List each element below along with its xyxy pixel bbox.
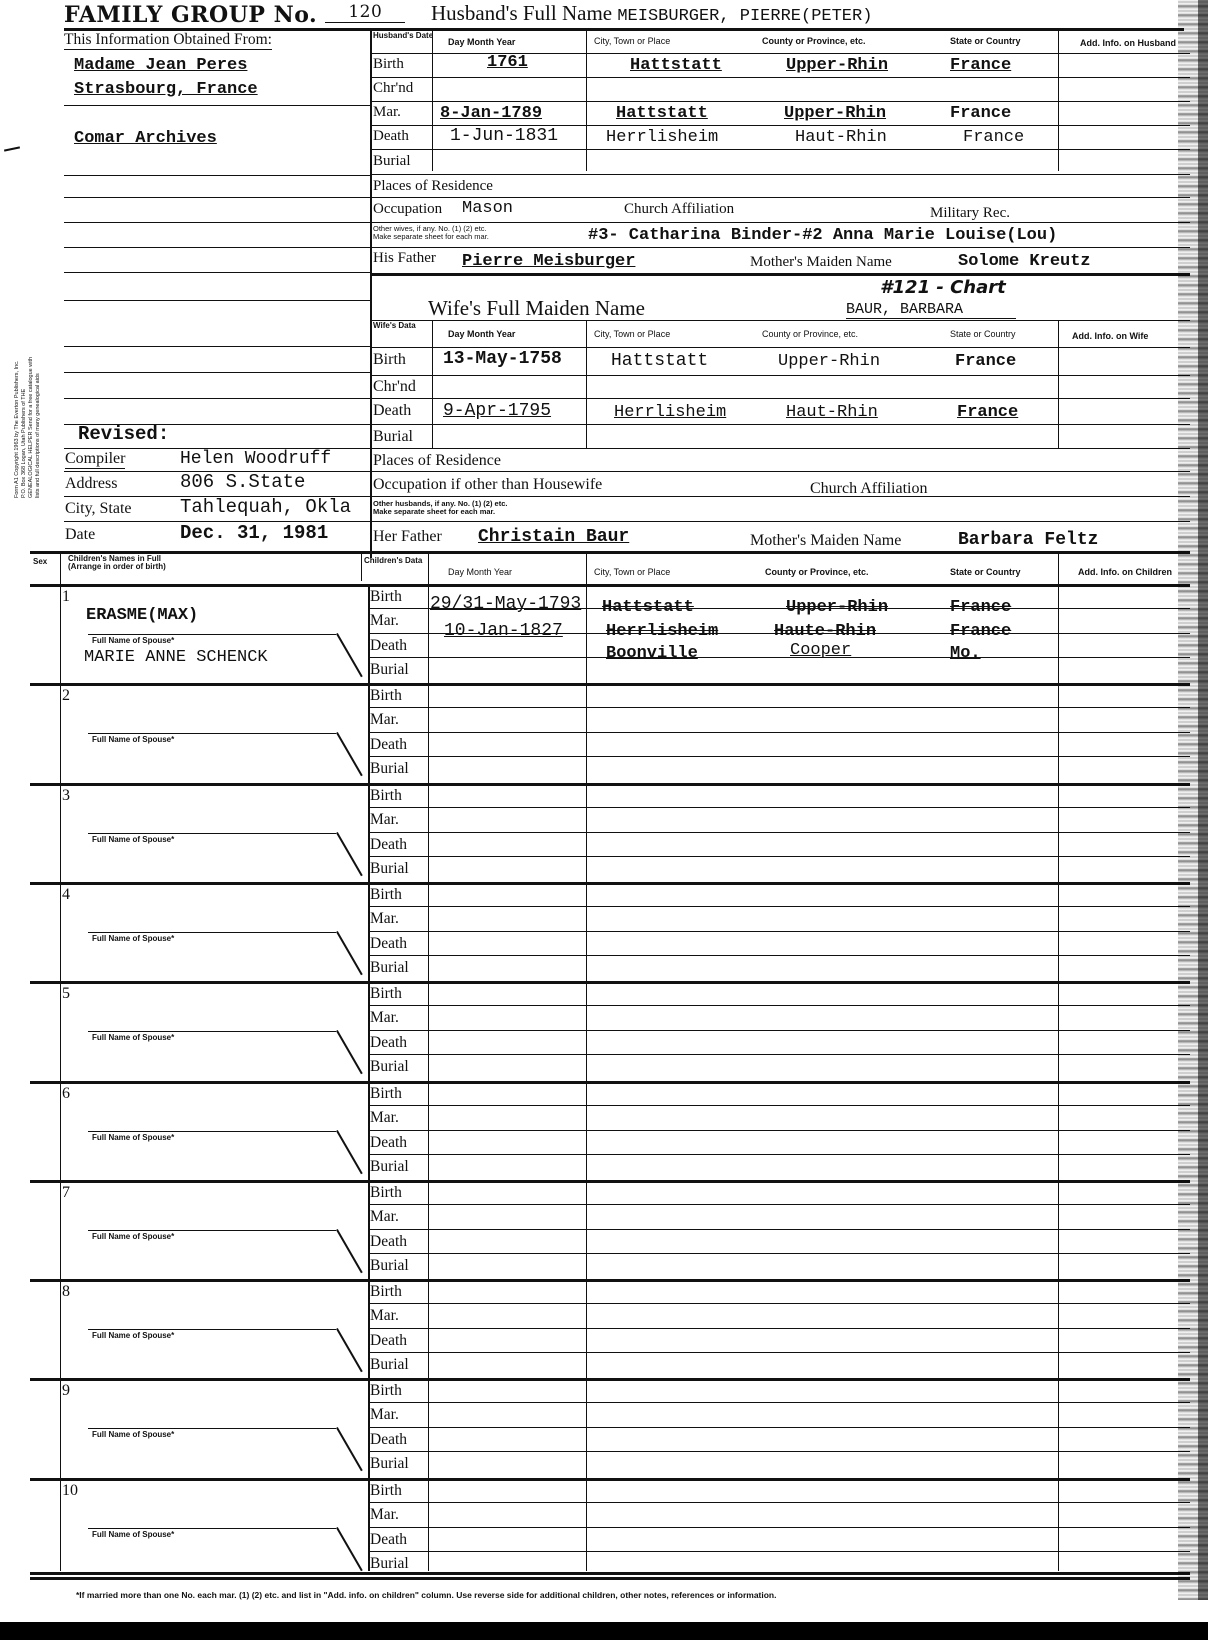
divider	[368, 707, 1190, 708]
childrens-date-header: Children's Data	[364, 557, 424, 565]
divider	[370, 222, 1190, 223]
day-month-year-header: Day Month Year	[448, 329, 515, 339]
city-header: City, Town or Place	[594, 36, 670, 46]
divider	[370, 320, 1190, 321]
copyright-line: GENEALOGICAL HELPER Send for a free cata…	[28, 357, 35, 498]
divider	[370, 174, 1190, 175]
footnote: *If married more than one No. each mar. …	[76, 1590, 776, 1600]
event-label: Burial	[370, 1555, 409, 1573]
divider	[64, 105, 370, 106]
child-birth-county[interactable]: Upper-Rhin	[786, 598, 888, 617]
spouse-label: Full Name of Spouse*	[92, 1233, 174, 1241]
divider	[370, 149, 1190, 150]
husband-name-label: Husband's Full Name	[431, 1, 612, 25]
divider	[30, 783, 1190, 786]
divider	[30, 1180, 1190, 1183]
spouse-line	[88, 1428, 336, 1429]
scan-border	[0, 1622, 1208, 1640]
copyright-line: lists and full descriptions of many gene…	[35, 357, 42, 498]
divider	[368, 931, 1190, 932]
revised-label: Revised:	[78, 423, 169, 445]
form-title-label: FAMILY GROUP No.	[64, 2, 317, 28]
child-number: 2	[62, 687, 70, 705]
his-father-value[interactable]: Pierre Meisburger	[462, 252, 635, 271]
spouse-label: Full Name of Spouse*	[92, 637, 174, 645]
state-header: State or Country	[950, 329, 1016, 339]
event-label: Burial	[370, 1058, 409, 1076]
copyright-line: Form A1 Copyright 1963 by The Everton Pu…	[14, 357, 21, 498]
spouse-line	[88, 1230, 336, 1231]
add-info-husband-header: Add. Info. on Husband	[1080, 38, 1180, 48]
child-birth-state[interactable]: France	[950, 598, 1011, 617]
other-husbands-label-line-2: Make separate sheet for each mar.	[373, 508, 507, 516]
spouse-label: Full Name of Spouse*	[92, 836, 174, 844]
state-header: State or Country	[950, 567, 1021, 577]
divider	[368, 1527, 1190, 1528]
husband-residence-label: Places of Residence	[373, 178, 493, 195]
event-label: Death	[370, 736, 407, 754]
event-label: Death	[370, 935, 407, 953]
her-mother-label: Mother's Maiden Name	[750, 532, 901, 550]
child-death-city[interactable]: Boonville	[606, 644, 698, 663]
husband-occupation-label: Occupation	[373, 201, 442, 218]
divider	[370, 247, 1190, 248]
child-spouse-name[interactable]: MARIE ANNE SCHENCK	[84, 648, 268, 667]
info-source-line-2[interactable]: Strasbourg, France	[74, 80, 258, 99]
spouse-label: Full Name of Spouse*	[92, 1531, 174, 1539]
event-label: Birth	[370, 985, 402, 1003]
copyright-line: P.O. Box 368 Logan, Utah Publishers of T…	[21, 357, 28, 498]
city-header: City, Town or Place	[594, 567, 670, 577]
husband-occupation-value[interactable]: Mason	[462, 199, 513, 218]
event-label: Birth	[370, 588, 402, 606]
event-label: Birth	[370, 1184, 402, 1202]
other-wives-label-line-2: Make separate sheet for each mar.	[373, 233, 489, 241]
spouse-line-diagonal	[336, 1030, 362, 1074]
child-death-state[interactable]: Mo.	[950, 644, 981, 663]
event-city[interactable]: Hattstatt	[630, 56, 722, 75]
child-number: 1	[62, 588, 70, 606]
event-county[interactable]: Haut-Rhin	[795, 128, 887, 147]
divider	[586, 320, 587, 448]
divider	[370, 424, 1190, 425]
event-label: Mar.	[370, 1109, 399, 1127]
divider	[370, 273, 1190, 276]
info-source-line-4[interactable]: Comar Archives	[74, 129, 217, 148]
husband-name-value[interactable]: MEISBURGER, PIERRE(PETER)	[617, 7, 872, 26]
divider	[432, 320, 433, 448]
divider	[370, 77, 1190, 78]
child-birth-city[interactable]: Hattstatt	[602, 598, 694, 617]
city-state-label: City, State	[65, 500, 132, 518]
child-marriage-county[interactable]: Haute-Rhin	[774, 622, 876, 641]
event-label: Burial	[370, 760, 409, 778]
divider	[368, 832, 1190, 833]
divider	[30, 1572, 1190, 1575]
children-names-header: Children's Names in Full (Arrange in ord…	[68, 555, 166, 571]
husband-military-label: Military Rec.	[930, 205, 1010, 222]
children-names-header-line-2: (Arrange in order of birth)	[68, 563, 166, 571]
divider	[368, 807, 1190, 808]
spouse-label: Full Name of Spouse*	[92, 736, 174, 744]
wife-residence-label: Places of Residence	[373, 452, 501, 470]
date-value[interactable]: Dec. 31, 1981	[180, 522, 328, 544]
county-header: County or Province, etc.	[765, 567, 869, 577]
spouse-line	[88, 1528, 336, 1529]
spouse-line	[88, 1131, 336, 1132]
event-label: Burial	[370, 661, 409, 679]
event-label: Birth	[370, 787, 402, 805]
event-label: Burial	[370, 1356, 409, 1374]
divider	[30, 683, 1190, 686]
divider	[368, 1427, 1190, 1428]
event-city[interactable]: Herrlisheim	[606, 128, 718, 147]
spouse-line-diagonal	[336, 633, 362, 677]
spouse-label: Full Name of Spouse*	[92, 1034, 174, 1042]
event-label: Mar.	[370, 811, 399, 829]
county-header: County or Province, etc.	[762, 36, 866, 46]
divider	[30, 551, 1190, 554]
divider	[368, 1054, 1190, 1055]
event-label: Birth	[370, 1482, 402, 1500]
divider	[368, 1005, 1190, 1006]
info-source-line-1[interactable]: Madame Jean Peres	[74, 56, 247, 75]
address-label: Address	[65, 475, 117, 493]
wifes-date-header: Wife's Data	[373, 322, 429, 330]
divider	[368, 1502, 1190, 1503]
divider	[368, 1253, 1190, 1254]
divider	[30, 1378, 1190, 1381]
divider	[368, 1328, 1190, 1329]
divider	[30, 1081, 1190, 1084]
add-info-children-header: Add. Info. on Children	[1078, 567, 1188, 577]
event-label: Chr'nd	[373, 378, 416, 396]
divider	[30, 882, 1190, 885]
event-label: Death	[370, 836, 407, 854]
divider	[1058, 320, 1059, 448]
event-date[interactable]: 13-May-1758	[443, 349, 562, 369]
divider	[368, 1229, 1190, 1230]
event-label: Birth	[373, 56, 404, 73]
event-label: Mar.	[370, 612, 399, 630]
event-county[interactable]: Haut-Rhin	[786, 403, 878, 422]
husband-church-label: Church Affiliation	[624, 201, 734, 218]
event-date[interactable]: 8-Jan-1789	[440, 104, 542, 123]
event-label: Birth	[370, 1085, 402, 1103]
day-month-year-header: Day Month Year	[448, 567, 512, 577]
divider	[30, 1478, 1190, 1481]
event-label: Mar.	[370, 1009, 399, 1027]
other-wives-value[interactable]: #3- Catharina Binder-#2 Anna Marie Louis…	[588, 226, 1057, 245]
divider	[368, 1154, 1190, 1155]
divider	[64, 247, 370, 248]
event-county[interactable]: Upper-Rhin	[778, 352, 880, 371]
event-label: Death	[370, 1431, 407, 1449]
child-marriage-date[interactable]: 10-Jan-1827	[444, 621, 563, 641]
spouse-line-diagonal	[336, 832, 362, 876]
event-label: Death	[370, 1233, 407, 1251]
event-label: Death	[373, 402, 411, 420]
city-header: City, Town or Place	[594, 329, 670, 339]
her-father-label: Her Father	[373, 528, 442, 546]
event-label: Mar.	[370, 910, 399, 928]
other-wives-label: Other wives, if any. No. (1) (2) etc. Ma…	[373, 225, 489, 241]
her-mother-value[interactable]: Barbara Feltz	[958, 530, 1098, 550]
divider	[368, 1402, 1190, 1403]
event-label: Mar.	[370, 711, 399, 729]
child-marriage-state[interactable]: France	[950, 622, 1011, 641]
copyright-notice: Form A1 Copyright 1963 by The Everton Pu…	[14, 498, 62, 748]
event-label: Burial	[373, 153, 411, 170]
child-number: 9	[62, 1382, 70, 1400]
divider	[361, 551, 362, 581]
event-label: Mar.	[370, 1506, 399, 1524]
divider	[64, 222, 370, 223]
event-label: Birth	[370, 886, 402, 904]
event-county[interactable]: Upper-Rhin	[786, 56, 888, 75]
event-label: Death	[370, 1034, 407, 1052]
event-label: Chr'nd	[373, 80, 413, 97]
his-mother-value[interactable]: Solome Kreutz	[958, 252, 1091, 271]
divider	[368, 756, 1190, 757]
divider	[30, 1577, 1190, 1580]
divider	[368, 1352, 1190, 1353]
his-father-label: His Father	[373, 250, 436, 267]
his-mother-label: Mother's Maiden Name	[750, 254, 892, 271]
divider	[370, 375, 1190, 376]
child-number: 6	[62, 1085, 70, 1103]
spouse-line	[88, 1031, 336, 1032]
child-marriage-city[interactable]: Herrlisheim	[606, 622, 718, 641]
divider	[368, 955, 1190, 956]
divider	[370, 197, 1190, 198]
event-label: Death	[370, 1332, 407, 1350]
event-date[interactable]: 1761	[487, 53, 528, 72]
event-date[interactable]: 9-Apr-1795	[443, 401, 551, 421]
divider	[370, 101, 1190, 102]
compiler-label: Compiler	[65, 450, 125, 469]
event-city[interactable]: Hattstatt	[616, 104, 708, 123]
child-name[interactable]: ERASME(MAX)	[86, 606, 198, 625]
divider	[1058, 551, 1059, 1571]
child-death-county[interactable]: Cooper	[790, 641, 851, 660]
event-label: Burial	[370, 959, 409, 977]
spouse-line	[88, 833, 336, 834]
info-source-label: This Information Obtained From:	[64, 31, 272, 50]
divider	[368, 1204, 1190, 1205]
husband-name-field: Husband's Full Name MEISBURGER, PIERRE(P…	[431, 1, 872, 26]
chart-annotation: #121 - Chart	[880, 277, 1006, 298]
day-month-year-header: Day Month Year	[448, 37, 515, 47]
wife-name-label: Wife's Full Maiden Name	[428, 296, 645, 321]
her-father-value[interactable]: Christain Baur	[478, 527, 629, 547]
divider	[370, 398, 1190, 399]
county-header: County or Province, etc.	[762, 329, 858, 339]
divider	[30, 584, 1190, 587]
divider	[370, 28, 372, 558]
divider	[64, 300, 370, 301]
event-label: Burial	[370, 860, 409, 878]
spouse-line	[88, 932, 336, 933]
divider	[368, 1303, 1190, 1304]
spouse-line	[88, 1329, 336, 1330]
compiler-value[interactable]: Helen Woodruff	[180, 449, 331, 469]
event-label: Mar.	[370, 1406, 399, 1424]
event-label: Burial	[373, 428, 413, 446]
address-value[interactable]: 806 S.State	[180, 471, 305, 493]
family-group-number[interactable]: 120	[325, 2, 405, 23]
spouse-line-diagonal	[336, 1229, 362, 1273]
event-label: Birth	[370, 687, 402, 705]
child-number: 8	[62, 1283, 70, 1301]
divider	[64, 398, 370, 399]
copyright-text: Form A1 Copyright 1963 by The Everton Pu…	[14, 357, 42, 498]
divider	[368, 856, 1190, 857]
divider	[368, 1130, 1190, 1131]
other-husbands-label: Other husbands, if any. No. (1) (2) etc.…	[373, 500, 507, 516]
event-label: Death	[370, 637, 407, 655]
spouse-line-diagonal	[336, 1527, 362, 1571]
divider	[64, 372, 370, 373]
event-date[interactable]: 1-Jun-1831	[450, 126, 558, 146]
spouse-line-diagonal	[336, 733, 362, 777]
child-birth-date[interactable]: 29/31-May-1793	[430, 594, 581, 614]
divider	[368, 1551, 1190, 1552]
divider	[368, 906, 1190, 907]
event-label: Death	[373, 128, 409, 145]
divider	[368, 1451, 1190, 1452]
spouse-line-diagonal	[336, 1428, 362, 1472]
divider	[64, 197, 370, 198]
wife-name-value[interactable]: BAUR, BARBARA	[846, 301, 1016, 319]
event-label: Birth	[373, 351, 406, 369]
event-label: Birth	[370, 1283, 402, 1301]
divider	[64, 272, 370, 273]
state-header: State or Country	[950, 36, 1021, 46]
event-state[interactable]: France	[950, 104, 1011, 123]
spouse-line-diagonal	[336, 1328, 362, 1372]
event-label: Burial	[370, 1455, 409, 1473]
spouse-label: Full Name of Spouse*	[92, 1134, 174, 1142]
child-number: 5	[62, 985, 70, 1003]
event-city[interactable]: Herrlisheim	[614, 403, 726, 422]
divider	[64, 175, 370, 176]
divider	[370, 347, 1190, 348]
divider	[586, 551, 587, 1571]
child-number: 3	[62, 787, 70, 805]
event-label: Burial	[370, 1257, 409, 1275]
event-label: Mar.	[370, 1307, 399, 1325]
city-state-value[interactable]: Tahlequah, Okla	[180, 496, 351, 518]
spouse-label: Full Name of Spouse*	[92, 1332, 174, 1340]
spouse-label: Full Name of Spouse*	[92, 1431, 174, 1439]
divider	[64, 346, 370, 347]
event-state[interactable]: France	[963, 128, 1024, 147]
event-state[interactable]: France	[957, 403, 1018, 422]
event-label: Death	[370, 1531, 407, 1549]
divider	[30, 981, 1190, 984]
add-info-wife-header: Add. Info. on Wife	[1072, 331, 1148, 341]
event-label: Mar.	[370, 1208, 399, 1226]
child-number: 10	[62, 1482, 78, 1500]
divider	[30, 1279, 1190, 1282]
event-county[interactable]: Upper-Rhin	[784, 104, 886, 123]
divider	[368, 657, 1190, 658]
form-title: FAMILY GROUP No. 120	[64, 2, 405, 28]
event-label: Burial	[370, 1158, 409, 1176]
event-label: Birth	[370, 1382, 402, 1400]
spouse-line-diagonal	[336, 931, 362, 975]
spouse-line	[88, 733, 336, 734]
event-state[interactable]: France	[955, 352, 1016, 371]
date-label: Date	[65, 526, 95, 544]
divider	[428, 551, 429, 1571]
event-label: Mar.	[373, 104, 401, 121]
divider	[368, 1105, 1190, 1106]
spouse-line-diagonal	[336, 1130, 362, 1174]
stray-mark	[4, 146, 20, 151]
scan-edge	[1198, 0, 1208, 1600]
husbands-date-header: Husband's Date	[373, 32, 433, 40]
divider	[368, 1030, 1190, 1031]
event-state[interactable]: France	[950, 56, 1011, 75]
event-city[interactable]: Hattstatt	[611, 351, 708, 371]
child-number: 7	[62, 1184, 70, 1202]
wife-occupation-label: Occupation if other than Housewife	[373, 476, 602, 494]
event-label: Death	[370, 1134, 407, 1152]
spouse-line	[88, 634, 336, 635]
spouse-label: Full Name of Spouse*	[92, 935, 174, 943]
divider	[368, 732, 1190, 733]
child-number: 4	[62, 886, 70, 904]
